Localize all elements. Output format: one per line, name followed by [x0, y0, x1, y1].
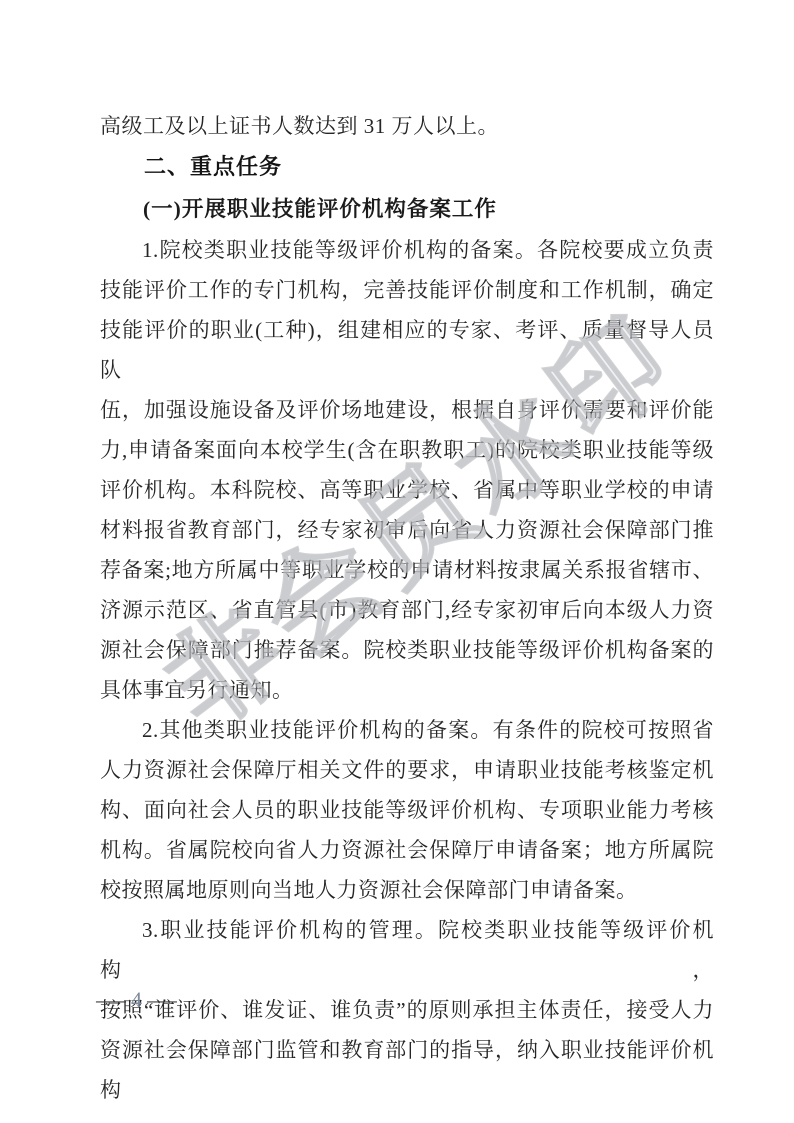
footer-right-dash: —: [147, 985, 177, 1015]
paragraph-line: 机构。省属院校向省人力资源社会保障厅申请备案；地方所属院: [100, 830, 714, 870]
subsection-heading: (一)开展职业技能评价机构备案工作: [100, 188, 714, 230]
document-page: 非会员水印 高级工及以上证书人数达到 31 万人以上。 二、重点任务 (一)开展…: [0, 0, 794, 1123]
paragraph-line: 具体事宜另行通知。: [100, 670, 714, 710]
paragraph-line: 1.院校类职业技能等级评价机构的备案。各院校要成立负责: [100, 230, 714, 270]
footer-left-dash: —: [96, 985, 126, 1015]
document-body: 高级工及以上证书人数达到 31 万人以上。 二、重点任务 (一)开展职业技能评价…: [100, 106, 714, 1110]
paragraph-line: 按照“谁评价、谁发证、谁负责”的原则承担主体责任，接受人力: [100, 990, 714, 1030]
page-number: 4: [131, 985, 142, 1015]
paragraph-line: 校按照属地原则向当地人力资源社会保障部门申请备案。: [100, 870, 714, 910]
paragraph-line: 高级工及以上证书人数达到 31 万人以上。: [100, 106, 714, 146]
section-heading: 二、重点任务: [100, 146, 714, 188]
paragraph-line: 源社会保障部门推荐备案。院校类职业技能等级评价机构备案的: [100, 630, 714, 670]
paragraph-line: 2.其他类职业技能评价机构的备案。有条件的院校可按照省: [100, 710, 714, 750]
page-footer: — 4 —: [100, 985, 173, 1015]
paragraph-line: 力,申请备案面向本校学生(含在职教职工)的院校类职业技能等级: [100, 430, 714, 470]
paragraph-line: 济源示范区、省直管县(市)教育部门,经专家初审后向本级人力资: [100, 590, 714, 630]
paragraph-line: 人力资源社会保障厅相关文件的要求，申请职业技能考核鉴定机: [100, 750, 714, 790]
paragraph-line: 材料报省教育部门，经专家初审后向省人力资源社会保障部门推: [100, 510, 714, 550]
paragraph-line: 构、面向社会人员的职业技能等级评价机构、专项职业能力考核: [100, 790, 714, 830]
paragraph: 1.院校类职业技能等级评价机构的备案。各院校要成立负责 技能评价工作的专门机构，…: [100, 230, 714, 710]
paragraph-line: 资源社会保障部门监管和教育部门的指导，纳入职业技能评价机构: [100, 1030, 714, 1110]
paragraph: 3.职业技能评价机构的管理。院校类职业技能等级评价机构， 按照“谁评价、谁发证、…: [100, 910, 714, 1110]
paragraph-line: 评价机构。本科院校、高等职业学校、省属中等职业学校的申请: [100, 470, 714, 510]
paragraph-line: 3.职业技能评价机构的管理。院校类职业技能等级评价机构，: [100, 910, 714, 990]
paragraph: 2.其他类职业技能评价机构的备案。有条件的院校可按照省 人力资源社会保障厅相关文…: [100, 710, 714, 910]
paragraph-line: 荐备案;地方所属中等职业学校的申请材料按隶属关系报省辖市、: [100, 550, 714, 590]
paragraph-line: 技能评价工作的专门机构，完善技能评价制度和工作机制，确定: [100, 270, 714, 310]
paragraph-line: 伍，加强设施设备及评价场地建设，根据自身评价需要和评价能: [100, 390, 714, 430]
paragraph-line: 技能评价的职业(工种)，组建相应的专家、考评、质量督导人员队: [100, 310, 714, 390]
